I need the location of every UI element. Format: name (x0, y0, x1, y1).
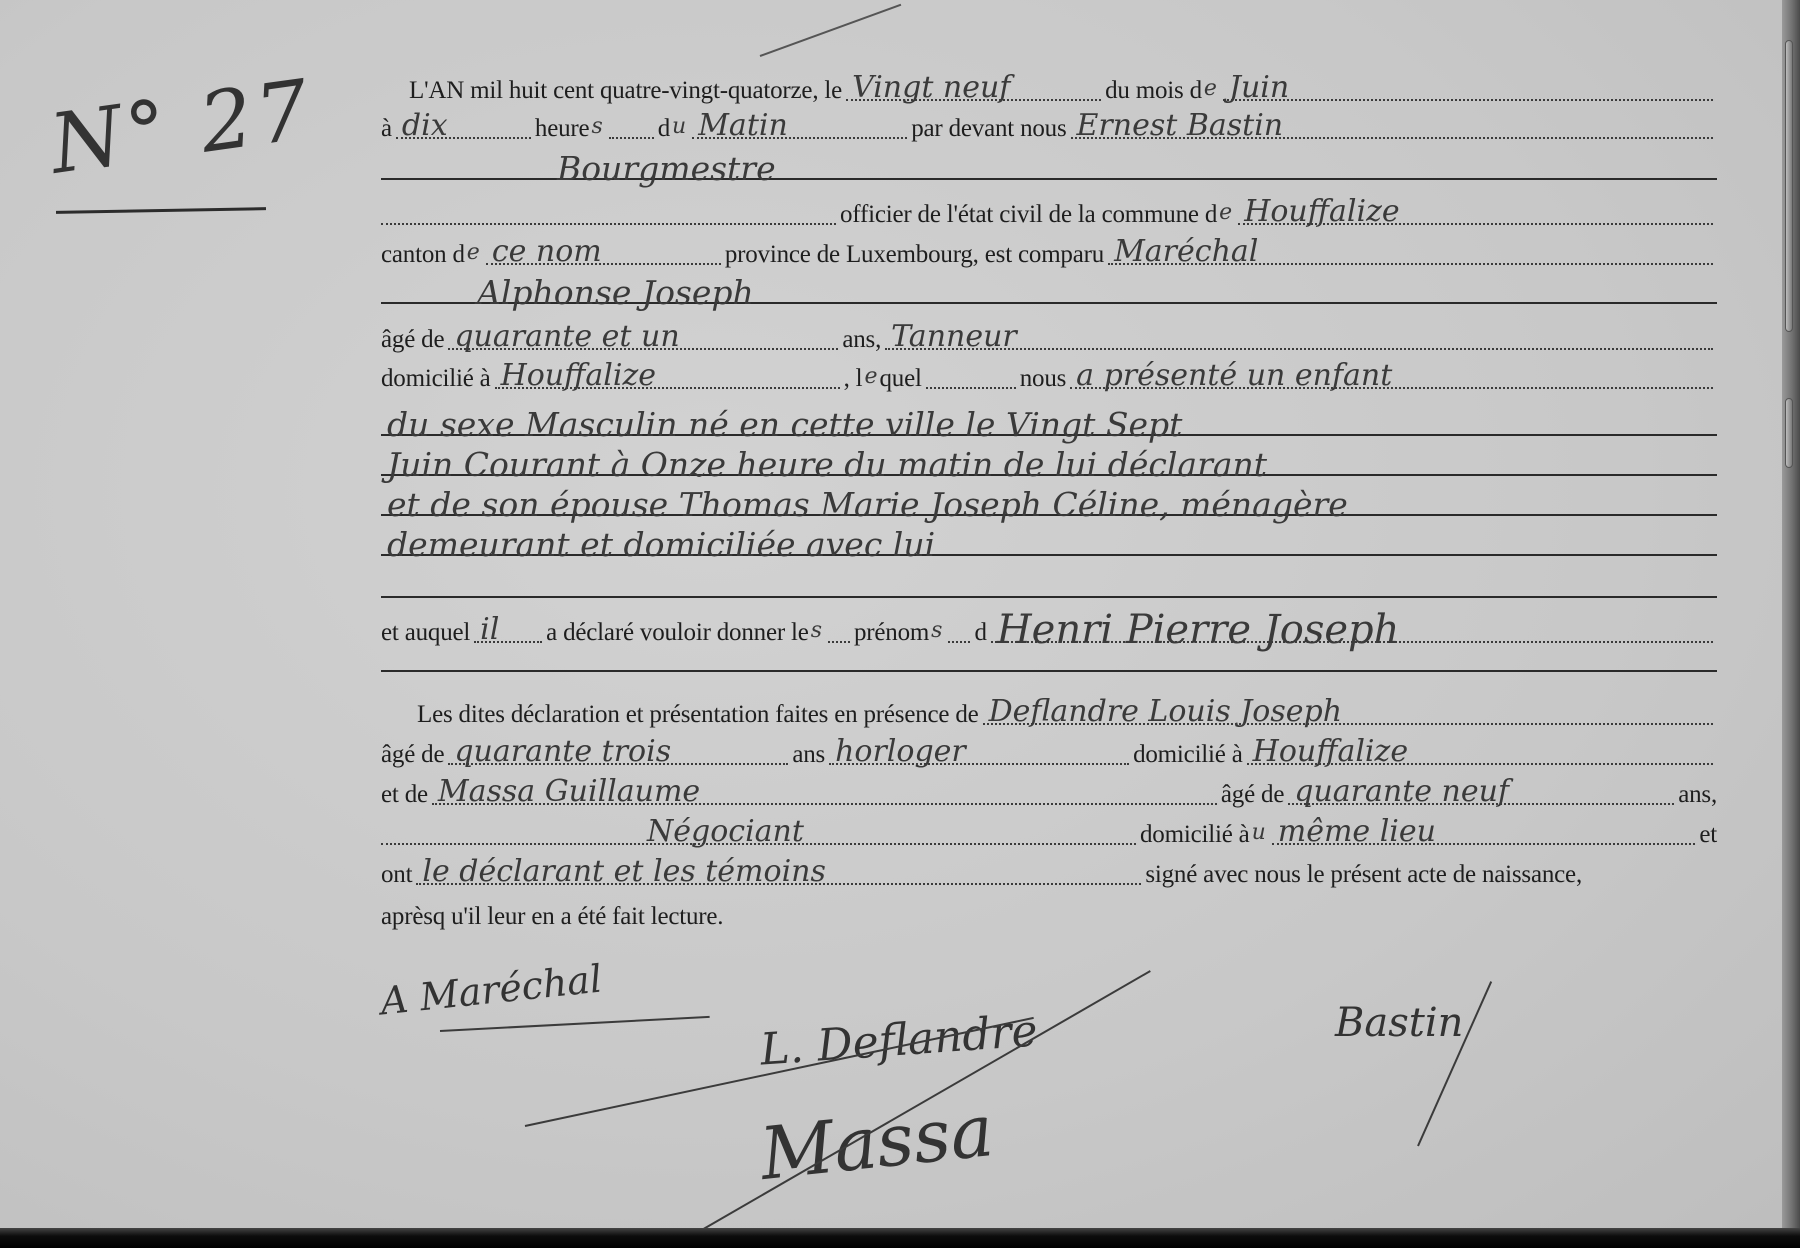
handwritten-witness1-domicile: Houffalize (1247, 735, 1414, 769)
handwritten-child-given-names: Henri Pierre Joseph (991, 613, 1406, 647)
witness1-age-field: quarante trois (448, 727, 788, 765)
signature-deflandre: L. Deflandre (759, 1005, 1040, 1075)
witness2-age-field: quarante neuf (1288, 767, 1674, 805)
domicile-field: Houffalize (495, 351, 840, 389)
binding-stitch (1785, 40, 1793, 332)
ink-stroke (760, 4, 902, 57)
signature-flourish (440, 1016, 710, 1032)
line-domicile: domicilié à Houffalize , l e quel nous a… (381, 354, 1717, 394)
line-officer-title: Bourgmestre (381, 138, 1717, 180)
blank-field (948, 605, 970, 643)
signature-marechal: A Maréchal (378, 957, 604, 1024)
handwritten-signatories: le déclarant et les témoins (416, 855, 832, 889)
handwritten-witness2-domicile: même lieu (1272, 815, 1442, 849)
line-year-date: L'AN mil huit cent quatre-vingt-quatorze… (381, 66, 1717, 106)
signature-flourish (700, 970, 1151, 1232)
line-mother-residence: demeurant et domiciliée avec lui (381, 514, 1717, 556)
handwritten-occupation: Tanneur (885, 320, 1023, 354)
witness1-name-field: Deflandre Louis Joseph (983, 687, 1713, 725)
child-given-names-field: Henri Pierre Joseph (991, 605, 1713, 643)
line-witness1-details: âgé de quarante trois ans horloger domic… (381, 730, 1717, 770)
handwritten-domicile: Houffalize (495, 359, 662, 393)
ruled-line (381, 670, 1717, 672)
blank-field (828, 605, 850, 643)
printed-text: aprèsq u'il leur en a été fait lecture. (381, 902, 723, 932)
handwritten-witness2-age: quarante neuf (1288, 775, 1515, 809)
pronoun-field: il (474, 605, 542, 643)
line-witness2-details: Négociant domicilié à u même lieu et (381, 810, 1717, 850)
signatories-field: le déclarant et les témoins (416, 847, 1141, 885)
register-page: N° 27 L'AN mil huit cent quatre-vingt-qu… (0, 0, 1782, 1228)
printed-text: domicilié à (381, 364, 491, 394)
printed-text: âgé de (381, 740, 444, 770)
page-bottom-edge (0, 1228, 1800, 1248)
line-given-names: et auquel il a déclaré vouloir donner le… (381, 608, 1717, 648)
entry-number: N° 27 (45, 62, 319, 193)
handwritten-witness1-age: quarante trois (448, 735, 677, 769)
handwritten-pronoun: il (474, 613, 505, 647)
printed-text: prénom (854, 618, 929, 648)
handwritten-suffix: e (1217, 196, 1234, 230)
line-child-sex-birthplace: du sexe Masculin né en cette ville le Vi… (381, 394, 1717, 436)
handwritten-suffix: s (929, 614, 944, 648)
officer-name-field: Ernest Bastin (1071, 101, 1713, 139)
handwritten-declarant-given-names: Alphonse Joseph (471, 276, 760, 310)
declarant-surname-field: Maréchal (1108, 227, 1713, 265)
witness2-occupation-field: Négociant (381, 807, 1136, 845)
hour-field: dix (396, 101, 531, 139)
line-closing: aprèsq u'il leur en a été fait lecture. (381, 892, 1717, 932)
printed-text: domicilié à (1140, 820, 1250, 850)
blank-field (926, 351, 1016, 389)
binding-stitch (1785, 398, 1793, 468)
printed-text: âgé de (1221, 780, 1284, 810)
line-birth-time: Juin Courant à Onze heure du matin de lu… (381, 434, 1717, 476)
printed-text: âgé de (381, 325, 444, 355)
printed-text: domicilié à (1133, 740, 1243, 770)
handwritten-suffix: s (809, 614, 824, 648)
witness2-domicile-field: même lieu (1272, 807, 1696, 845)
handwritten-officer-title: Bourgmestre (551, 152, 782, 186)
handwritten-witness1-occupation: horloger (829, 735, 972, 769)
month-field: Juin (1223, 63, 1713, 101)
occupation-field: Tanneur (885, 312, 1713, 350)
witness2-name-field: Massa Guillaume (432, 767, 1217, 805)
handwritten-commune: Houffalize (1238, 195, 1405, 229)
signature-bastin: Bastin (1335, 1000, 1463, 1046)
printed-text: ans, (842, 325, 881, 355)
witness1-domicile-field: Houffalize (1247, 727, 1713, 765)
commune-field: Houffalize (1238, 187, 1713, 225)
signature-massa: Massa (756, 1088, 997, 1196)
printed-text: quel (879, 364, 921, 394)
handwritten-presentation: a présenté un enfant (1070, 359, 1398, 393)
printed-text: et de (381, 780, 428, 810)
printed-text: et auquel (381, 618, 470, 648)
printed-text: signé avec nous le présent acte de naiss… (1145, 860, 1582, 890)
canton-field: ce nom (486, 227, 721, 265)
ruled-line (381, 596, 1717, 598)
printed-text: ans, (1678, 780, 1717, 810)
witness1-occupation-field: horloger (829, 727, 1129, 765)
age-field: quarante et un (448, 312, 838, 350)
handwritten-suffix: u (1250, 816, 1268, 850)
printed-text: a déclaré vouloir donner le (546, 618, 809, 648)
handwritten-suffix: e (862, 360, 879, 394)
printed-text: ans (792, 740, 825, 770)
line-declarant-given-names: Alphonse Joseph (381, 262, 1717, 304)
handwritten-age: quarante et un (448, 320, 685, 354)
handwritten-witness2-name: Massa Guillaume (432, 775, 706, 809)
line-mother: et de son épouse Thomas Marie Joseph Cél… (381, 474, 1717, 516)
line-commune: officier de l'état civil de la commune d… (381, 190, 1717, 230)
printed-text: et (1699, 820, 1717, 850)
entry-number-underline (56, 207, 266, 214)
blank-field (609, 101, 654, 139)
printed-text: officier de l'état civil de la commune d (840, 200, 1217, 230)
printed-text: , l (844, 364, 863, 394)
handwritten-text: demeurant et domiciliée avec lui (381, 528, 941, 562)
handwritten-witness1-name: Deflandre Louis Joseph (983, 695, 1348, 729)
blank-field (381, 187, 836, 225)
presentation-field: a présenté un enfant (1070, 351, 1713, 389)
handwritten-month: Juin (1223, 71, 1295, 105)
printed-text: ont (381, 860, 412, 890)
line-declarant-age: âgé de quarante et un ans, Tanneur (381, 315, 1717, 355)
handwritten-witness2-occupation: Négociant (641, 815, 810, 849)
day-field: Vingt neuf (846, 63, 1101, 101)
line-witness-intro: Les dites déclaration et présentation fa… (381, 690, 1717, 730)
printed-text: Les dites déclaration et présentation fa… (417, 700, 979, 730)
printed-text: d (974, 618, 986, 648)
printed-text: nous (1020, 364, 1066, 394)
period-field: Matin (692, 101, 907, 139)
line-signatories: ont le déclarant et les témoins signé av… (381, 850, 1717, 890)
handwritten-day: Vingt neuf (846, 71, 1016, 105)
line-witness2: et de Massa Guillaume âgé de quarante ne… (381, 770, 1717, 810)
